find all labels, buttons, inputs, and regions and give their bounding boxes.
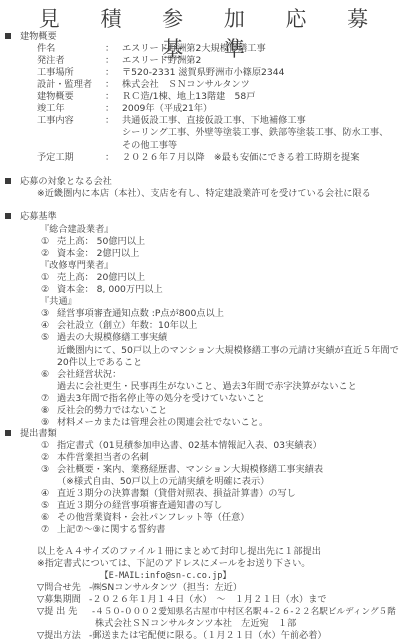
submission-note: ※指定書式については、下記のアドレスにメールをお送り下さい。 (37, 558, 311, 570)
address-row: ▽提 出 先-４５０-０００２愛知県名古屋市中村区名駅４-２６-２２名駅ビルディ… (37, 606, 396, 618)
building-row-completion: 竣工年：2009年（平成21年） (37, 103, 212, 115)
criteria-item: ⑨材料メーカまたは管理会社の関連会社でないこと。 (41, 417, 268, 429)
square-bullet-icon (5, 33, 11, 39)
criteria-item: ④会社設立（創立）年数：10年以上 (41, 320, 197, 332)
submission-instruction: 以上をＡ４サイズのファイル１冊にまとめて封印し提出先に１部提出 (37, 546, 321, 558)
contact-row: ▽問合せ先-㈱SNコンサルタンツ（担当：左近） (37, 582, 242, 594)
criteria-item: ①売上高： 20億円以上 (41, 272, 145, 284)
criteria-item: ⑥会社経営状況： (41, 369, 121, 381)
criteria-item: ①売上高： 50億円以上 (41, 236, 145, 248)
building-work-cont-1: シーリング工事、外壁等塗装工事、鉄部等塗装工事、防水工事、 (122, 127, 388, 139)
criteria-item6-detail: 過去に会社更生・民事再生がないこと、過去3年間で赤字決算がないこと (57, 381, 357, 393)
document-item: ④直近３期分の決算書類（貸借対照表、損益計算書）の写し (41, 488, 296, 500)
criteria-item: ②資本金： 8, 000万円以上 (41, 284, 163, 296)
document-item: ⑥その他営業資料・会社パンフレット等（任意） (41, 512, 249, 524)
period-row: ▽募集期間-２０２６年１月１４日（水） ～ １月２１日（水）まで (37, 594, 327, 606)
criteria-item: ⑤過去の大規模修繕工事実績 (41, 332, 167, 344)
building-row-location: 工事場所：〒520-2331 滋賀県野洲市小篠原2344 (37, 67, 284, 79)
document-item: ①指定書式（01見積参加申込書、02基本情報記入表、03実績表） (41, 440, 322, 452)
section-heading: 応募の対象となる会社 (20, 176, 112, 187)
building-row-name: 件名：エスリード野洲第2大規模修繕工事 (37, 43, 266, 55)
section-building: 建物概要 (5, 31, 57, 43)
criteria-renovation-title: 『改修専門業者』 (40, 260, 114, 272)
square-bullet-icon (5, 213, 11, 219)
criteria-item5-detail: 20件以上であること (57, 357, 142, 369)
criteria-item: ⑧反社会的勢力ではないこと (41, 405, 167, 417)
document-item: ②本件営業担当者の名刺 (41, 452, 149, 464)
eligible-note: ※近畿圏内に本店（本社）、支店を有し、特定建設業許可を受けている会社に限る (37, 188, 371, 200)
section-documents: 提出書類 (5, 428, 57, 440)
building-work-cont-2: その他工事等 (122, 140, 177, 152)
building-row-designer: 設計・監理者：株式会社 ＳＮコンサルタンツ (37, 79, 250, 91)
address-row-2: 株式会社ＳＮコンサルタンツ本社 左近宛 １部 (95, 618, 296, 630)
criteria-item5-detail: 近畿圏内にて、50戸以上のマンション大規模修繕工事の元請け実績が直近５年間で (57, 345, 399, 357)
section-heading: 応募基準 (20, 211, 57, 222)
document-item: ⑦上記⑦～⑨に関する誓約書 (41, 524, 165, 536)
document-item: ③会社概要・案内、業務経歴書、マンション大規模修繕工事実績表 (41, 464, 323, 476)
section-heading: 建物概要 (20, 31, 57, 42)
email-link[interactable]: 【E-MAIL:info@sn-c.co.jp】 (100, 570, 231, 582)
building-row-work: 工事内容：共通仮設工事、直接仮設工事、下地補修工事 (37, 115, 306, 127)
building-row-structure: 建物概要：ＲＣ造/1棟、地上13階建 58戸 (37, 91, 255, 103)
criteria-common-title: 『共通』 (40, 296, 77, 308)
document-item: ⑤直近３期分の経営事項審査通知書の写し (41, 500, 222, 512)
criteria-general-title: 『総合建設業者』 (40, 224, 114, 236)
criteria-item: ⑦過去3年間で指名停止等の処分を受けていないこと (41, 393, 265, 405)
section-criteria: 応募基準 (5, 211, 57, 223)
document-item3-note: （※様式自由、50戸以上の元請実績を明確に表示） (57, 476, 269, 488)
criteria-item: ②資本金： 2億円以上 (41, 248, 139, 260)
square-bullet-icon (5, 430, 11, 436)
criteria-item: ③経営事項審査通知点数 :P点が800点以上 (41, 308, 224, 320)
section-heading: 提出書類 (20, 428, 57, 439)
square-bullet-icon (5, 178, 11, 184)
building-row-schedule: 予定工期：２０２６年７月以降 ※最も安価にできる着工時期を提案 (37, 152, 359, 164)
method-row: ▽提出方法-郵送または宅配便に限る。（１月２１日（水）午前必着） (37, 630, 327, 640)
section-eligible: 応募の対象となる会社 (5, 176, 112, 188)
building-row-client: 発注者：エスリード野洲第2 (37, 55, 201, 67)
